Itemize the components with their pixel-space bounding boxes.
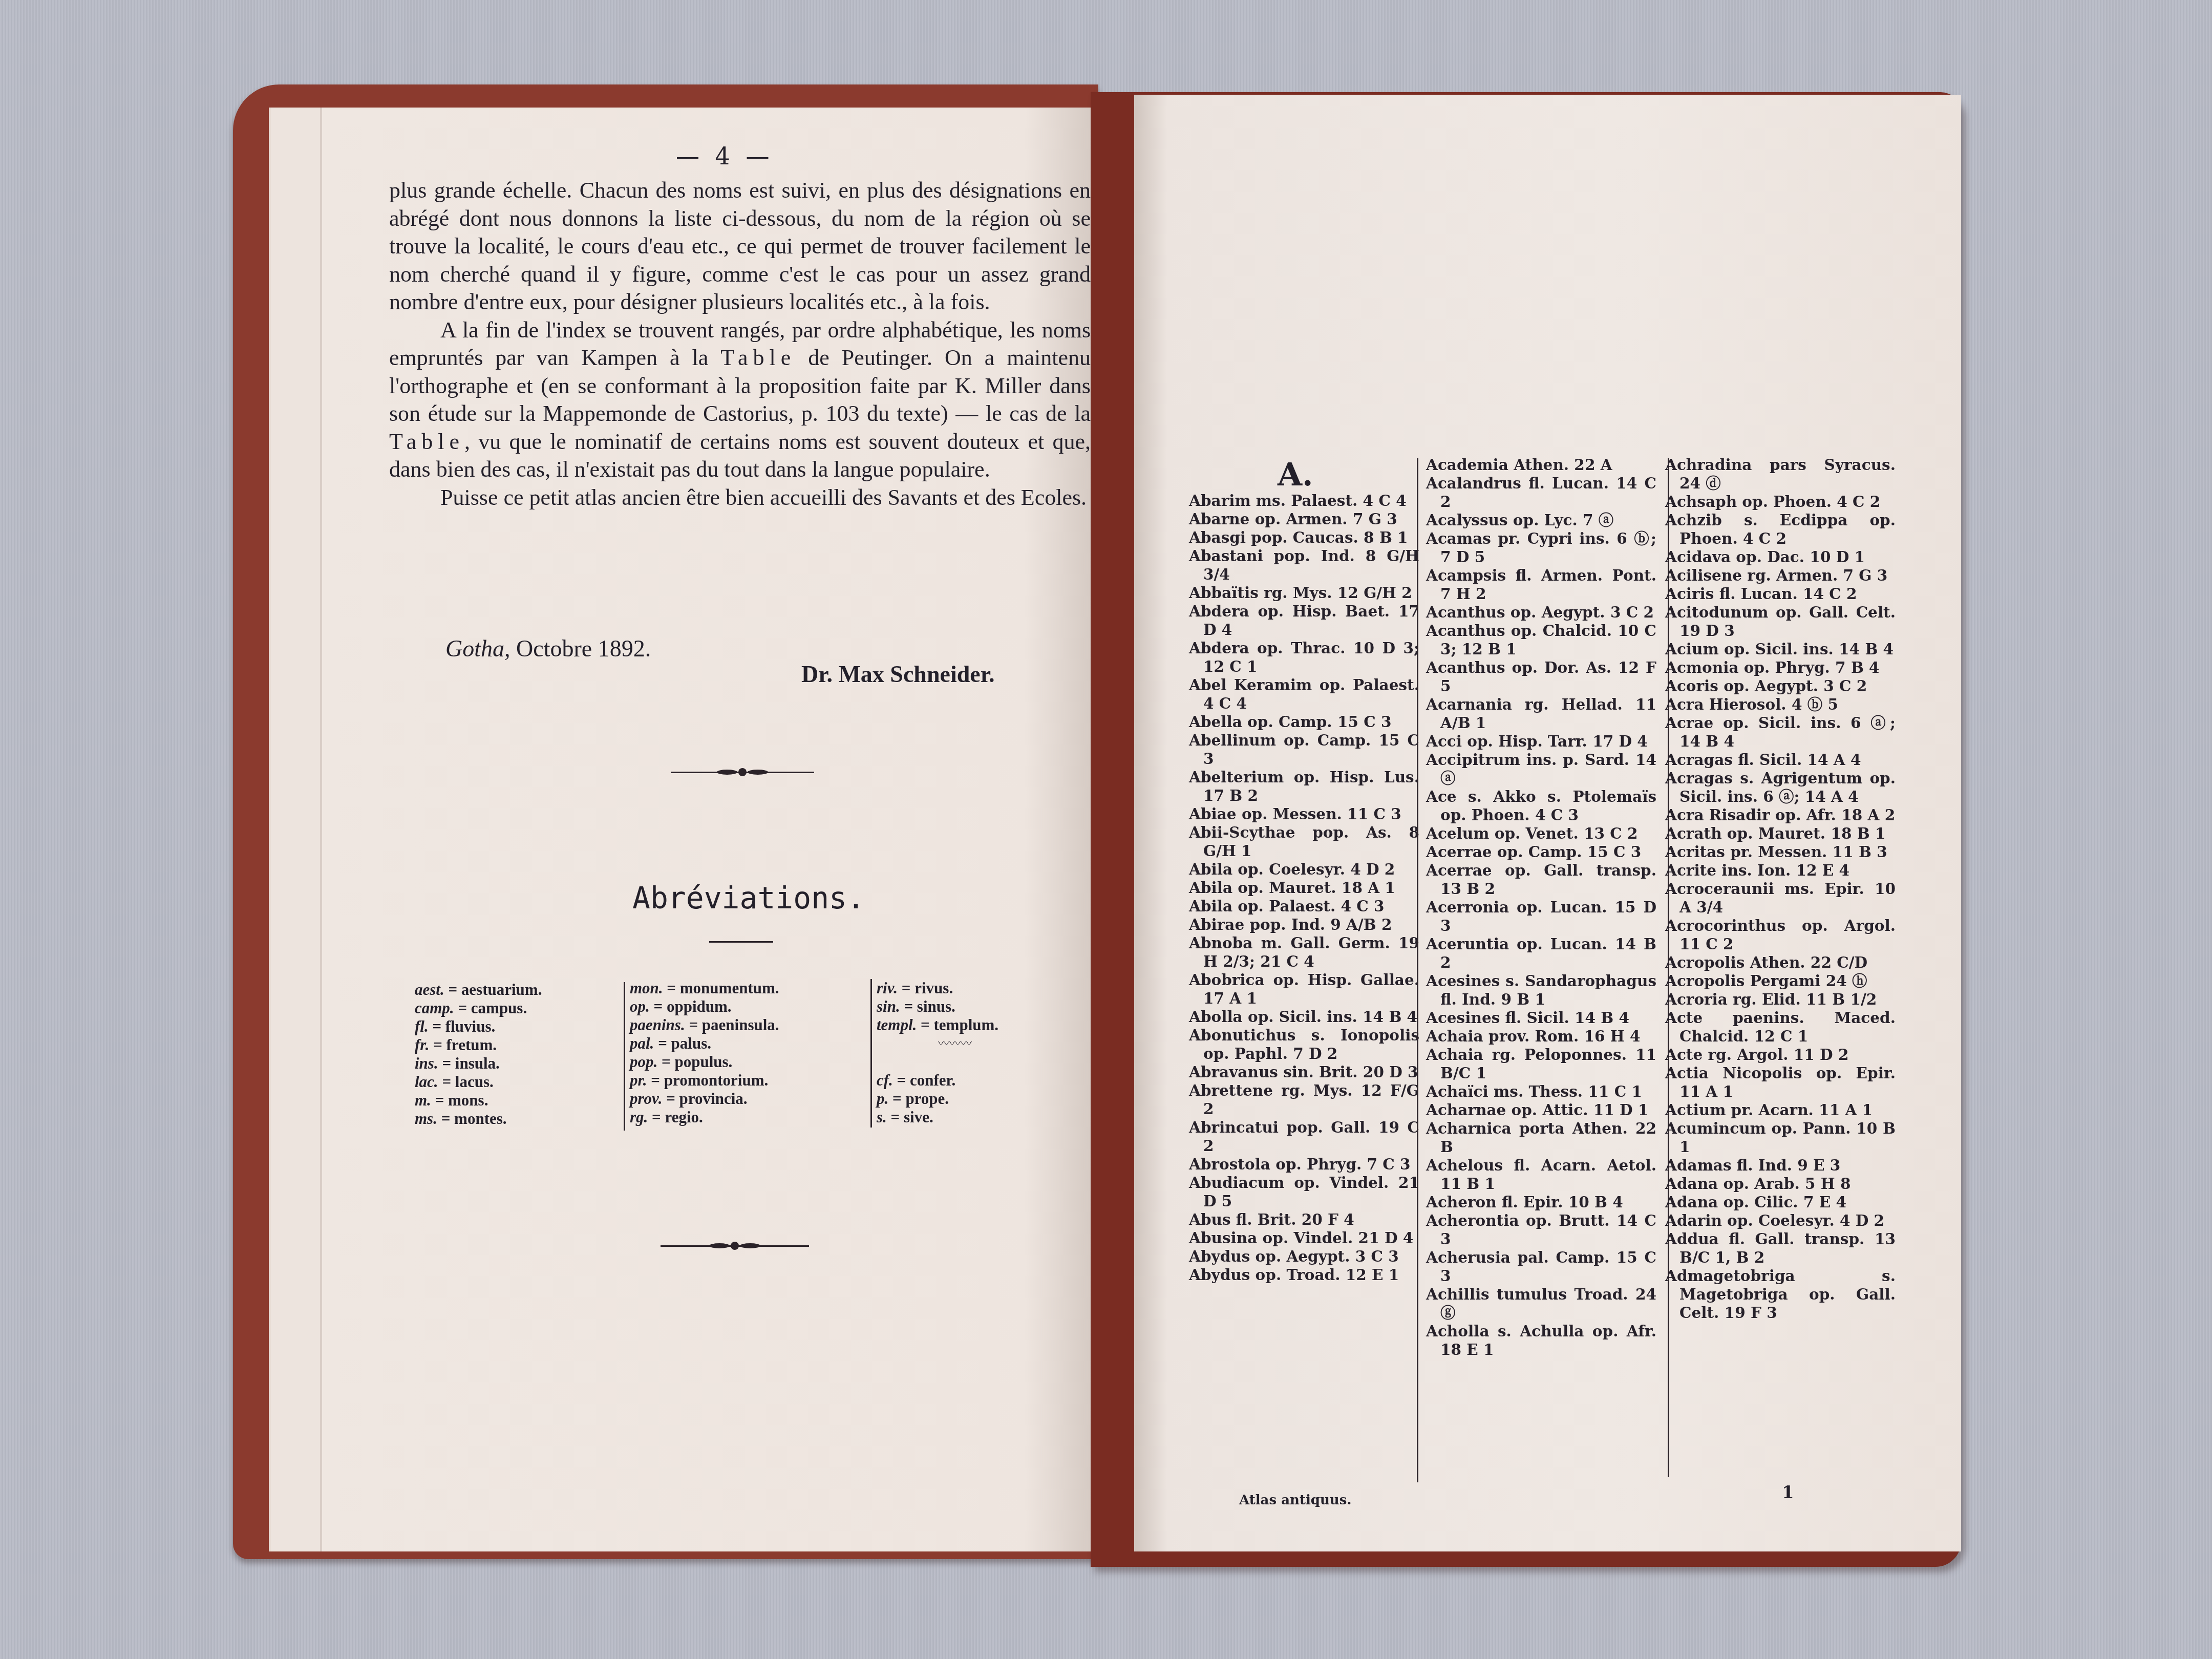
index-entry: Acitodunum op. Gall. Celt. 19 D 3 [1665,603,1896,640]
index-entry: Acium op. Sicil. ins. 14 B 4 [1665,640,1896,658]
index-entry: Abolla op. Sicil. ins. 14 B 4 [1189,1008,1419,1026]
index-entry: Abdera op. Hisp. Baet. 17 D 4 [1189,602,1419,639]
index-entry: Achzib s. Ecdippa op. Phoen. 4 C 2 [1665,511,1896,548]
index-column-2: Academia Athen. 22 AAcalandrus fl. Lucan… [1426,456,1656,1359]
index-entry: Abila op. Palaest. 4 C 3 [1189,897,1419,916]
ornament-divider-bottom [661,1242,809,1250]
abbr-row: p. = prope. [877,1090,998,1108]
index-entry: Acrite ins. Ion. 12 E 4 [1665,861,1896,880]
signature: Dr. Max Schneider. [801,661,994,688]
abbr-row: s. = sive. [877,1108,998,1126]
column-divider [1417,458,1418,1482]
index-entry: Abusina op. Vindel. 21 D 4 [1189,1229,1419,1247]
index-entry: Acritas pr. Messen. 11 B 3 [1665,843,1896,861]
index-entry: Abydus op. Aegypt. 3 C 3 [1189,1247,1419,1266]
index-entry: Achsaph op. Phoen. 4 C 2 [1665,493,1896,511]
index-entry: Abydus op. Troad. 12 E 1 [1189,1266,1419,1284]
abbr-row: rg. = regio. [630,1108,779,1126]
bleed-through-text [504,686,1016,714]
wavy-divider: 〰〰〰 [877,1034,998,1071]
body-text: plus grande échelle. Chacun des noms est… [389,177,1091,512]
index-entry: Abrincatui pop. Gall. 19 C 2 [1189,1118,1419,1155]
abbreviations-title: Abréviations. [632,881,865,916]
index-entry: Acelum op. Venet. 13 C 2 [1426,824,1656,843]
index-entry: Adamas fl. Ind. 9 E 3 [1665,1156,1896,1175]
index-entry: Achradina pars Syracus. 24 ⓓ [1665,456,1896,493]
index-entry: Acrocorinthus op. Argol. 11 C 2 [1665,917,1896,953]
index-entry: Acarnania rg. Hellad. 11 A/B 1 [1426,695,1656,732]
index-entry: Abonutichus s. Ionopolis op. Paphl. 7 D … [1189,1026,1419,1063]
index-entry: Acheron fl. Epir. 10 B 4 [1426,1193,1656,1211]
abbreviations-col-2: mon. = monumentum. op. = oppidum. paenin… [624,979,779,1126]
index-entry: Abarim ms. Palaest. 4 C 4 [1189,492,1419,510]
index-entry: Acanthus op. Chalcid. 10 C 3; 12 B 1 [1426,622,1656,658]
abbreviations-col-1: aest. = aestuarium. camp. = campus. fl. … [415,981,542,1128]
paragraph-2: A la fin de l'index se trouvent rangés, … [389,316,1091,484]
index-entry: Acherusia pal. Camp. 15 C 3 [1426,1248,1656,1285]
index-entry: Abelterium op. Hisp. Lus. 17 B 2 [1189,768,1419,805]
abbr-row: op. = oppidum. [630,997,779,1016]
index-entry: Acra Hierosol. 4 ⓑ 5 [1665,695,1896,714]
index-entry: Acroria rg. Elid. 11 B 1/2 [1665,990,1896,1009]
index-entry: Acropolis Athen. 22 C/D [1665,953,1896,972]
abbr-row: prov. = provincia. [630,1090,779,1108]
index-entry: Abel Keramim op. Palaest. 4 C 4 [1189,676,1419,713]
index-entry: Acragas fl. Sicil. 14 A 4 [1665,751,1896,769]
abbr-row: lac. = lacus. [415,1073,542,1091]
index-entry: Acesines fl. Sicil. 14 B 4 [1426,1009,1656,1027]
index-entry: Ace s. Akko s. Ptolemaïs op. Phoen. 4 C … [1426,788,1656,824]
index-entry: Achaia rg. Peloponnes. 11 B/C 1 [1426,1046,1656,1082]
index-entry: Acoris op. Aegypt. 3 C 2 [1665,677,1896,695]
section-letter: A. [1278,456,1313,493]
index-entry: Acampsis fl. Armen. Pont. 7 H 2 [1426,566,1656,603]
index-entry: Abrostola op. Phryg. 7 C 3 [1189,1155,1419,1174]
index-entry: Actia Nicopolis op. Epir. 11 A 1 [1665,1064,1896,1101]
index-entry: Acalandrus fl. Lucan. 14 C 2 [1426,474,1656,511]
paragraph-1: plus grande échelle. Chacun des noms est… [389,177,1091,316]
index-entry: Abbaïtis rg. Mys. 12 G/H 2 [1189,584,1419,602]
index-entry: Abus fl. Brit. 20 F 4 [1189,1210,1419,1229]
abbr-row: m. = mons. [415,1091,542,1110]
abbr-row: ms. = montes. [415,1110,542,1128]
abbr-row: sin. = sinus. [877,997,998,1016]
index-entry: Acte rg. Argol. 11 D 2 [1665,1046,1896,1064]
index-entry: Abrettene rg. Mys. 12 F/G 2 [1189,1081,1419,1118]
table-emphasis: Table [720,345,796,370]
index-entry: Abudiacum op. Vindel. 21 D 5 [1189,1174,1419,1210]
index-entry: Abellinum op. Camp. 15 C 3 [1189,731,1419,768]
index-entry: Aceruntia op. Lucan. 14 B 2 [1426,935,1656,972]
index-entry: Achaia prov. Rom. 16 H 4 [1426,1027,1656,1046]
index-entry: Abila op. Coelesyr. 4 D 2 [1189,860,1419,879]
index-entry: Acte paenins. Maced. Chalcid. 12 C 1 [1665,1009,1896,1046]
abbr-row: pop. = populus. [630,1053,779,1071]
index-entry: Adana op. Arab. 5 H 8 [1665,1175,1896,1193]
abbr-row: mon. = monumentum. [630,979,779,997]
index-entry: Acrae op. Sicil. ins. 6 ⓐ; 14 B 4 [1665,714,1896,751]
index-entry: Abella op. Camp. 15 C 3 [1189,713,1419,731]
index-entry: Abirae pop. Ind. 9 A/B 2 [1189,916,1419,934]
index-entry: Acanthus op. Dor. As. 12 F 5 [1426,658,1656,695]
abbr-row: fl. = fluvius. [415,1017,542,1036]
abbr-row: paenins. = paeninsula. [630,1016,779,1034]
abbr-row: pal. = palus. [630,1034,779,1053]
index-entry: Abobrica op. Hisp. Gallae. 17 A 1 [1189,971,1419,1008]
index-entry: Accipitrum ins. p. Sard. 14 ⓐ [1426,751,1656,788]
index-entry: Acropolis Pergami 24 ⓗ [1665,972,1896,990]
index-entry: Actium pr. Acarn. 11 A 1 [1665,1101,1896,1119]
index-entry: Achillis tumulus Troad. 24 ⓖ [1426,1285,1656,1322]
abbr-row: ins. = insula. [415,1054,542,1073]
table-emphasis: Table [389,429,464,454]
ornament-divider-top [671,768,814,776]
abbr-row: pr. = promontorium. [630,1071,779,1090]
index-entry: Acherontia op. Brutt. 14 C 3 [1426,1211,1656,1248]
index-entry: Acanthus op. Aegypt. 3 C 2 [1426,603,1656,622]
abbr-row: camp. = campus. [415,999,542,1017]
index-column-1: Abarim ms. Palaest. 4 C 4Abarne op. Arme… [1189,492,1419,1284]
abbr-row: fr. = fretum. [415,1036,542,1054]
index-entry: Acrath op. Mauret. 18 B 1 [1665,824,1896,843]
index-entry: Acharnae op. Attic. 11 D 1 [1426,1101,1656,1119]
title-underline [709,941,773,943]
index-entry: Acerrae op. Camp. 15 C 3 [1426,843,1656,861]
index-entry: Acra Risadir op. Afr. 18 A 2 [1665,806,1896,824]
page-number-left: — 4 — [676,142,774,170]
index-entry: Acidava op. Dac. 10 D 1 [1665,548,1896,566]
index-column-3: Achradina pars Syracus. 24 ⓓAchsaph op. … [1665,456,1896,1322]
abbreviations-col-3: riv. = rivus. sin. = sinus. templ. = tem… [877,979,998,1126]
abbr-row: aest. = aestuarium. [415,981,542,999]
index-entry: Achaïci ms. Thess. 11 C 1 [1426,1082,1656,1101]
page-number-right: 1 [1782,1482,1794,1503]
abbr-row: cf. = confer. [877,1071,998,1090]
index-entry: Adarin op. Coelesyr. 4 D 2 [1665,1211,1896,1230]
index-entry: Achelous fl. Acarn. Aetol. 11 B 1 [1426,1156,1656,1193]
index-entry: Abastani pop. Ind. 8 G/H 3/4 [1189,547,1419,584]
abbr-row: riv. = rivus. [877,979,998,997]
index-entry: Acerronia op. Lucan. 15 D 3 [1426,898,1656,935]
column-divider [870,979,872,1128]
running-footer: Atlas antiquus. [1239,1493,1351,1508]
index-entry: Acharnica porta Athen. 22 B [1426,1119,1656,1156]
index-entry: Acerrae op. Gall. transp. 13 B 2 [1426,861,1656,898]
index-entry: Acroceraunii ms. Epir. 10 A 3/4 [1665,880,1896,917]
index-entry: Acesines s. Sandarophagus fl. Ind. 9 B 1 [1426,972,1656,1009]
index-entry: Abarne op. Armen. 7 G 3 [1189,510,1419,528]
index-entry: Abii-Scythae pop. As. 8 G/H 1 [1189,823,1419,860]
index-entry: Acmonia op. Phryg. 7 B 4 [1665,658,1896,677]
abbr-row: templ. = templum. [877,1016,998,1034]
index-entry: Admagetobriga s. Magetobriga op. Gall. C… [1665,1267,1896,1322]
index-entry: Abila op. Mauret. 18 A 1 [1189,879,1419,897]
index-entry: Abnoba m. Gall. Germ. 19 H 2/3; 21 C 4 [1189,934,1419,971]
index-entry: Abravanus sin. Brit. 20 D 3 [1189,1063,1419,1081]
index-entry: Acci op. Hisp. Tarr. 17 D 4 [1426,732,1656,751]
index-entry: Acumincum op. Pann. 10 B 1 [1665,1119,1896,1156]
index-entry: Aciris fl. Lucan. 14 C 2 [1665,585,1896,603]
index-entry: Acholla s. Achulla op. Afr. 18 E 1 [1426,1322,1656,1359]
index-entry: Acalyssus op. Lyc. 7 ⓐ [1426,511,1656,529]
index-entry: Abasgi pop. Caucas. 8 B 1 [1189,528,1419,547]
index-entry: Academia Athen. 22 A [1426,456,1656,474]
index-entry: Adana op. Cilic. 7 E 4 [1665,1193,1896,1211]
index-entry: Acamas pr. Cypri ins. 6 ⓑ; 7 D 5 [1426,529,1656,566]
index-entry: Addua fl. Gall. transp. 13 B/C 1, B 2 [1665,1230,1896,1267]
index-entry: Acragas s. Agrigentum op. Sicil. ins. 6 … [1665,769,1896,806]
paragraph-3: Puisse ce petit atlas ancien être bien a… [389,484,1091,512]
index-entry: Abdera op. Thrac. 10 D 3; 12 C 1 [1189,639,1419,676]
dateline: Gotha, Octobre 1892. [445,635,651,662]
index-entry: Abiae op. Messen. 11 C 3 [1189,805,1419,823]
index-entry: Acilisene rg. Armen. 7 G 3 [1665,566,1896,585]
